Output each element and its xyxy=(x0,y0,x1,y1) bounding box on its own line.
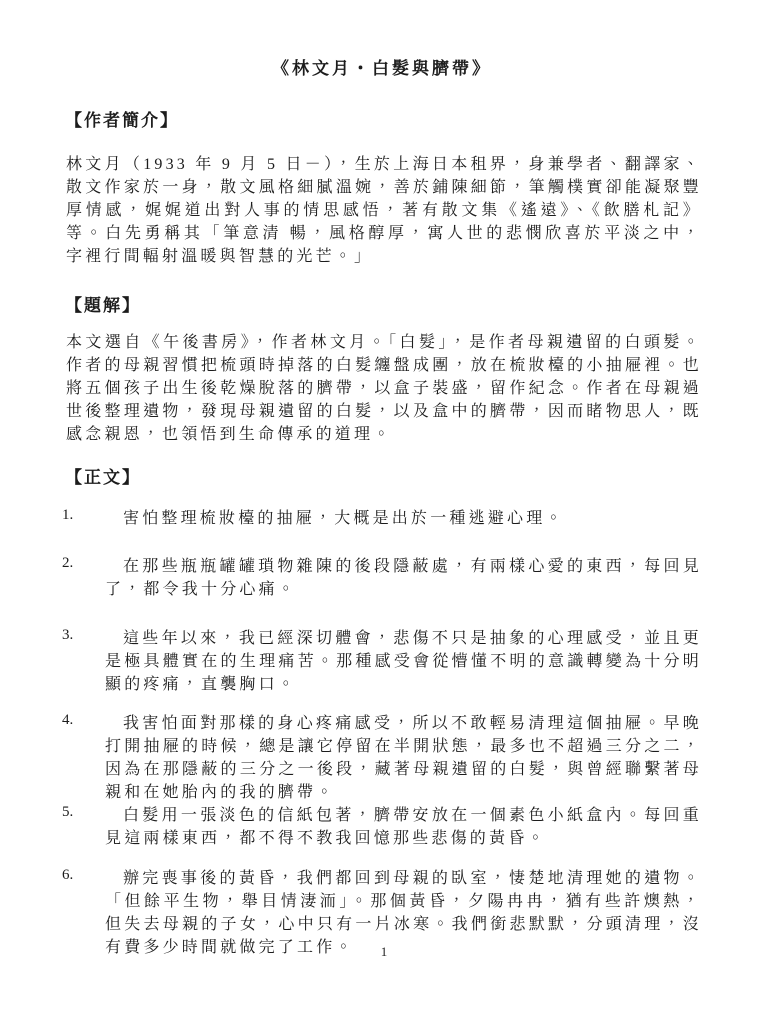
item-text: 白髮用一張淡色的信紙包著，臍帶安放在一個素色小紙盒內。每回重見這兩樣東西，都不得… xyxy=(105,804,702,850)
topic-note-paragraph: 本文選自《午後書房》，作者林文月。「白髮」，是作者母親遺留的白頭髮。作者的母親習… xyxy=(66,331,702,446)
item-number: 3. xyxy=(62,627,73,644)
main-text-item-2: 2. 在那些瓶瓶罐罐瑣物雜陳的後段隱蔽處，有兩樣心愛的東西，每回見了，都令我十分… xyxy=(62,555,702,601)
author-intro-paragraph: 林文月（1933 年 9 月 5 日－），生於上海日本租界，身兼學者、翻譯家、散… xyxy=(66,153,702,268)
document-title: 《林文月・白髮與臍帶》 xyxy=(62,56,702,82)
page-number: 1 xyxy=(0,944,768,960)
item-number: 2. xyxy=(62,555,73,572)
section-heading-author-intro: 【作者簡介】 xyxy=(65,109,702,133)
item-text: 在那些瓶瓶罐罐瑣物雜陳的後段隱蔽處，有兩樣心愛的東西，每回見了，都令我十分心痛。 xyxy=(105,555,702,601)
item-number: 1. xyxy=(62,507,73,524)
item-text: 害怕整理梳妝檯的抽屜，大概是出於一種逃避心理。 xyxy=(105,507,702,530)
section-heading-main-text: 【正文】 xyxy=(65,466,702,490)
item-text: 這些年以來，我已經深切體會，悲傷不只是抽象的心理感受，並且更是極具體實在的生理痛… xyxy=(105,627,702,696)
document-page: 《林文月・白髮與臍帶》 【作者簡介】 林文月（1933 年 9 月 5 日－），… xyxy=(0,0,768,1024)
main-text-item-5: 5. 白髮用一張淡色的信紙包著，臍帶安放在一個素色小紙盒內。每回重見這兩樣東西，… xyxy=(62,804,702,850)
item-number: 6. xyxy=(62,867,73,884)
item-text: 我害怕面對那樣的身心疼痛感受，所以不敢輕易清理這個抽屜。早晚打開抽屜的時候，總是… xyxy=(105,712,702,804)
item-number: 5. xyxy=(62,804,73,821)
main-text-item-4: 4. 我害怕面對那樣的身心疼痛感受，所以不敢輕易清理這個抽屜。早晚打開抽屜的時候… xyxy=(62,712,702,804)
section-heading-topic-note: 【題解】 xyxy=(65,294,702,318)
main-text-item-1: 1. 害怕整理梳妝檯的抽屜，大概是出於一種逃避心理。 xyxy=(62,507,702,530)
main-text-item-3: 3. 這些年以來，我已經深切體會，悲傷不只是抽象的心理感受，並且更是極具體實在的… xyxy=(62,627,702,696)
item-number: 4. xyxy=(62,712,73,729)
